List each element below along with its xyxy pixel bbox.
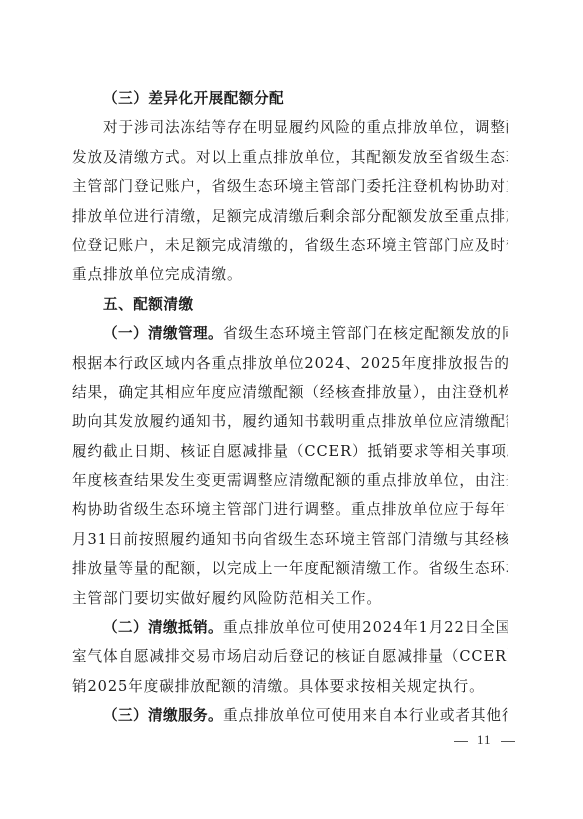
document-page: （三）差异化开展配额分配 对于涉司法冻结等存在明显履约风险的重点排放单位，调整配… [72, 84, 508, 731]
page-number-value: 11 [477, 732, 492, 747]
paragraph-line: 对于涉司法冻结等存在明显履约风险的重点排放单位，调整配额 [72, 113, 508, 142]
paragraph-line: 室气体自愿减排交易市场启动后登记的核证自愿减排量（CCER）抵 [72, 642, 508, 671]
paragraph-line: 月31日前按照履约通知书向省级生态环境主管部门清缴与其经核查 [72, 525, 508, 554]
paragraph-text: 重点排放单位可使用来自本行业或者其他行业 [223, 707, 508, 724]
paragraph-line: 结果，确定其相应年度应清缴配额（经核查排放量），由注登机构协 [72, 378, 508, 407]
paragraph-line: 排放单位进行清缴，足额完成清缴后剩余部分配额发放至重点排放单 [72, 202, 508, 231]
paragraph-line: 助向其发放履约通知书，履约通知书载明重点排放单位应清缴配额、 [72, 407, 508, 436]
paragraph-text: 重点排放单位可使用2024年1月22日全国温 [223, 619, 508, 636]
paragraph-line: 主管部门要切实做好履约风险防范相关工作。 [72, 584, 508, 613]
page-number: 11 [445, 732, 524, 748]
paragraph-line: 销2025年度碳排放配额的清缴。具体要求按相关规定执行。 [72, 672, 508, 701]
subheading-clearance-offset: （二）清缴抵销。 [103, 619, 223, 636]
paragraph-text: 省级生态环境主管部门在核定配额发放的同时， [223, 325, 508, 342]
paragraph-line: 年度核查结果发生变更需调整应清缴配额的重点排放单位，由注登机 [72, 466, 508, 495]
paragraph-line: 发放及清缴方式。对以上重点排放单位，其配额发放至省级生态环境 [72, 143, 508, 172]
paragraph-line: 主管部门登记账户，省级生态环境主管部门委托注登机构协助对重点 [72, 172, 508, 201]
subheading-clearance-management: （一）清缴管理。 [103, 325, 223, 342]
section-heading-quota-clearance: 五、配额清缴 [72, 290, 508, 319]
page-number-dash-right [501, 741, 515, 742]
paragraph-line: （二）清缴抵销。重点排放单位可使用2024年1月22日全国温 [72, 613, 508, 642]
page-number-dash-left [454, 741, 468, 742]
paragraph-line: 重点排放单位完成清缴。 [72, 260, 508, 289]
paragraph-line: （一）清缴管理。省级生态环境主管部门在核定配额发放的同时， [72, 319, 508, 348]
paragraph-line: 构协助省级生态环境主管部门进行调整。重点排放单位应于每年12 [72, 495, 508, 524]
paragraph-line: 履约截止日期、核证自愿减排量（CCER）抵销要求等相关事项。对 [72, 437, 508, 466]
paragraph-line: 排放量等量的配额，以完成上一年度配额清缴工作。省级生态环境 [72, 554, 508, 583]
subheading-clearance-service: （三）清缴服务。 [103, 707, 223, 724]
section-heading-differentiated-allocation: （三）差异化开展配额分配 [72, 84, 508, 113]
paragraph-line: 位登记账户，未足额完成清缴的，省级生态环境主管部门应及时督促 [72, 231, 508, 260]
paragraph-line: （三）清缴服务。重点排放单位可使用来自本行业或者其他行业 [72, 701, 508, 730]
paragraph-line: 根据本行政区域内各重点排放单位2024、2025年度排放报告的核查 [72, 349, 508, 378]
